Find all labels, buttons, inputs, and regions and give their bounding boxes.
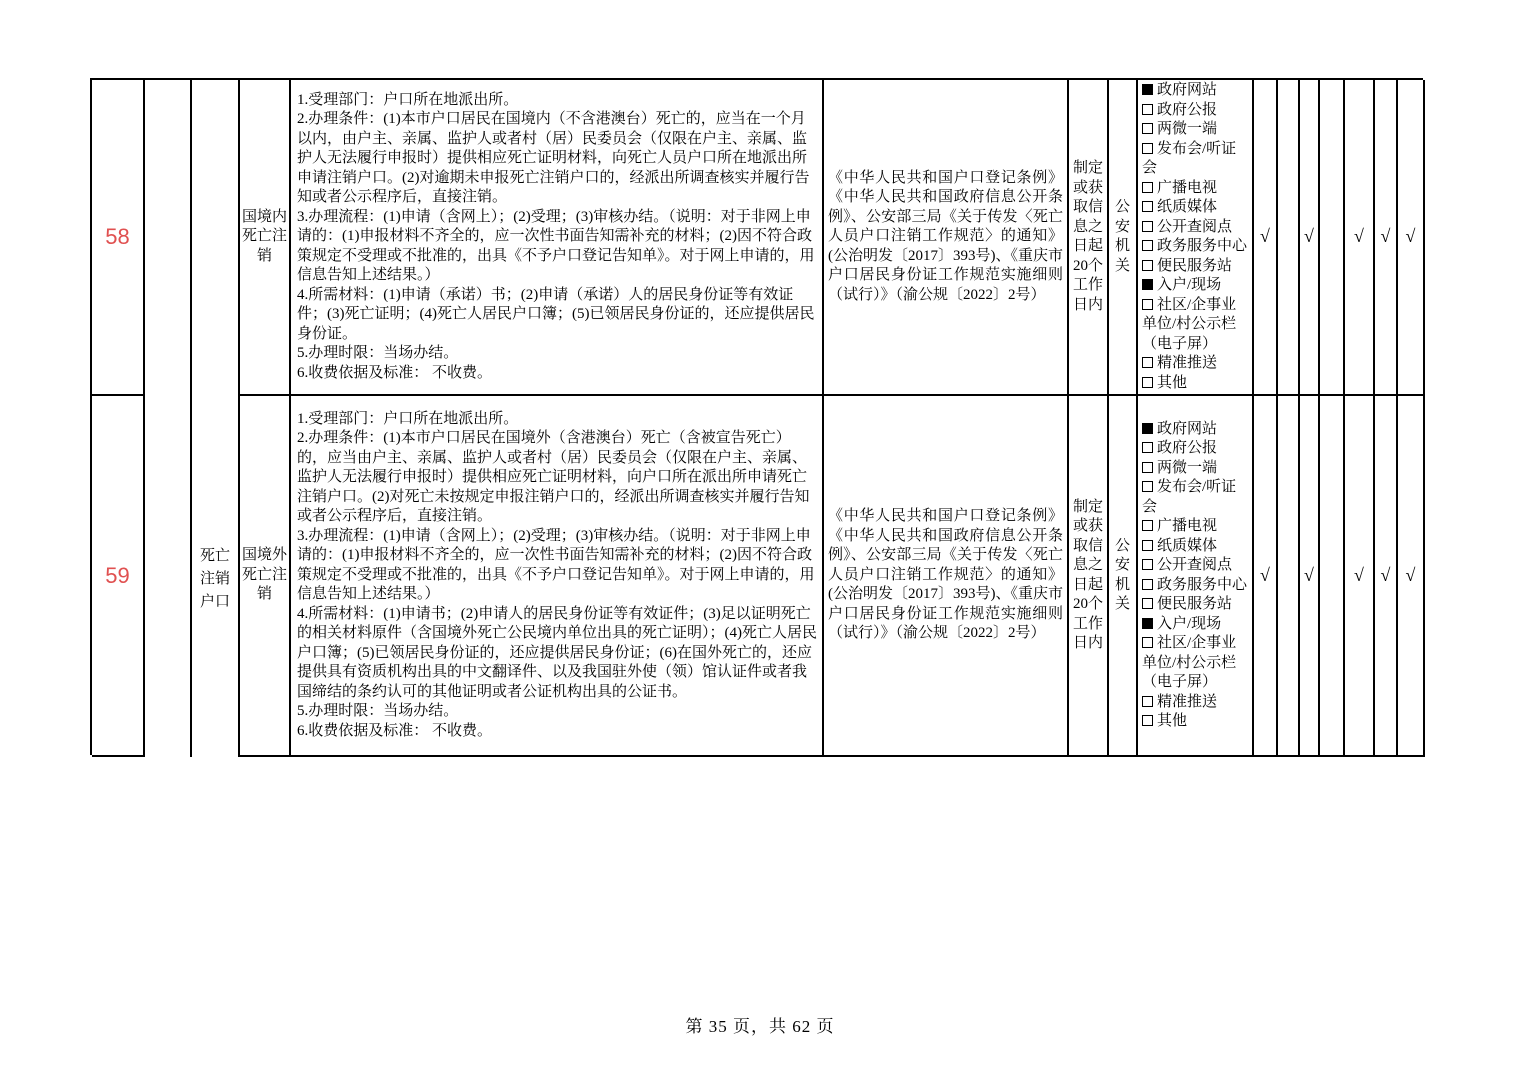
checkbox-unchecked-icon [1142,123,1153,134]
check-cell: √ [1375,80,1398,396]
publicity-channel-item: 公开查阅点 [1142,556,1249,576]
check-cell [1320,80,1345,396]
publicity-channel-item: 广播电视 [1142,517,1249,537]
checkbox-unchecked-icon [1142,104,1153,115]
checkbox-unchecked-icon [1142,240,1153,251]
check-cell [1278,80,1300,396]
procedure-content-cell: 1.受理部门：户口所在地派出所。 2.办理条件：(1)本市户口居民在国境内（不含… [291,80,824,396]
document-page: 58 死亡 注销 户口 国境内 死亡注 销 1.受理部门：户口所在地派出所。 2… [0,0,1520,1074]
check-cell: √ [1398,396,1425,757]
checkbox-unchecked-icon [1142,357,1153,368]
check-cell: √ [1300,80,1320,396]
legal-basis: 《中华人民共和国户口登记条例》《中华人民共和国政府信息公开条例》、公安部三局《关… [824,505,1067,646]
publicity-channel-item: 政府网站 [1142,420,1249,440]
legal-basis-cell: 《中华人民共和国户口登记条例》《中华人民共和国政府信息公开条例》、公安部三局《关… [824,80,1069,396]
checkbox-checked-icon [1142,84,1153,95]
checkbox-unchecked-icon [1142,182,1153,193]
publicity-channel-item: 精准推送 [1142,693,1249,713]
check-cell [1278,396,1300,757]
publicity-channel-item: 政务服务中心 [1142,237,1249,257]
procedure-content-cell: 1.受理部门：户口所在地派出所。 2.办理条件：(1)本市户口居民在国境外（含港… [291,396,824,757]
check-cell: √ [1375,396,1398,757]
checkbox-unchecked-icon [1142,579,1153,590]
checkbox-unchecked-icon [1142,201,1153,212]
check-cell: √ [1254,396,1278,757]
publish-timeframe-cell: 制定 或获 取信 息之 日起 20个 工作 日内 [1069,80,1109,396]
row-number: 59 [92,396,145,757]
checkbox-unchecked-icon [1142,520,1153,531]
checkbox-unchecked-icon [1142,637,1153,648]
publicity-channel-item: 便民服务站 [1142,257,1249,277]
subcategory-cell: 国境内 死亡注 销 [240,80,291,396]
publicity-channel-item: 社区/企事业单位/村公示栏（电子屏） [1142,296,1249,355]
procedure-content: 1.受理部门：户口所在地派出所。 2.办理条件：(1)本市户口居民在国境外（含港… [291,408,822,744]
checkbox-checked-icon [1142,279,1153,290]
row-number: 58 [92,80,145,396]
publicity-channel-item: 便民服务站 [1142,595,1249,615]
agency-cell: 公 安 机 关 [1109,80,1138,396]
legal-basis: 《中华人民共和国户口登记条例》《中华人民共和国政府信息公开条例》、公安部三局《关… [824,167,1067,308]
publicity-channel-item: 政务服务中心 [1142,576,1249,596]
checkbox-unchecked-icon [1142,598,1153,609]
checkbox-unchecked-icon [1142,377,1153,388]
publicity-channel-item: 政府网站 [1142,81,1249,101]
agency-cell: 公 安 机 关 [1109,396,1138,757]
publicity-channel-item: 其他 [1142,374,1249,394]
publicity-channel-item: 政府公报 [1142,101,1249,121]
checkbox-unchecked-icon [1142,442,1153,453]
check-cell: √ [1254,80,1278,396]
section-column-cell [145,80,192,757]
check-cell: √ [1345,80,1375,396]
subcategory-cell: 国境外 死亡注 销 [240,396,291,757]
checkbox-unchecked-icon [1142,559,1153,570]
publicity-channel-item: 广播电视 [1142,179,1249,199]
disclosure-table: 58 死亡 注销 户口 国境内 死亡注 销 1.受理部门：户口所在地派出所。 2… [90,78,1423,755]
checkbox-checked-icon [1142,618,1153,629]
legal-basis-cell: 《中华人民共和国户口登记条例》《中华人民共和国政府信息公开条例》、公安部三局《关… [824,396,1069,757]
page-footer: 第 35 页，共 62 页 [0,1012,1520,1037]
checkbox-unchecked-icon [1142,260,1153,271]
publicity-channel-item: 发布会/听证会 [1142,140,1249,179]
category-label: 死亡 注销 户口 [192,545,238,614]
checkbox-checked-icon [1142,423,1153,434]
publish-timeframe-cell: 制定 或获 取信 息之 日起 20个 工作 日内 [1069,396,1109,757]
checkbox-unchecked-icon [1142,481,1153,492]
checkbox-unchecked-icon [1142,540,1153,551]
check-cell: √ [1300,396,1320,757]
checkbox-unchecked-icon [1142,696,1153,707]
checkbox-unchecked-icon [1142,221,1153,232]
publicity-channel-item: 发布会/听证会 [1142,478,1249,517]
publicity-channel-item: 纸质媒体 [1142,537,1249,557]
publicity-channel-item: 入户/现场 [1142,276,1249,296]
publicity-channels-list: 政府网站政府公报两微一端发布会/听证会广播电视纸质媒体公开查阅点政务服务中心便民… [1138,396,1254,757]
publicity-channel-item: 两微一端 [1142,459,1249,479]
publicity-channel-item: 纸质媒体 [1142,198,1249,218]
checkbox-unchecked-icon [1142,299,1153,310]
check-cell [1320,396,1345,757]
publicity-channel-item: 两微一端 [1142,120,1249,140]
publicity-channels-list: 政府网站政府公报两微一端发布会/听证会广播电视纸质媒体公开查阅点政务服务中心便民… [1138,80,1254,396]
check-cell: √ [1398,80,1425,396]
publicity-channel-item: 政府公报 [1142,439,1249,459]
checkbox-unchecked-icon [1142,462,1153,473]
publicity-channel-item: 精准推送 [1142,354,1249,374]
checkbox-unchecked-icon [1142,715,1153,726]
publicity-channel-item: 社区/企事业单位/村公示栏（电子屏） [1142,634,1249,693]
procedure-content: 1.受理部门：户口所在地派出所。 2.办理条件：(1)本市户口居民在国境内（不含… [291,89,822,386]
check-cell: √ [1345,396,1375,757]
checkbox-unchecked-icon [1142,143,1153,154]
publicity-channel-item: 公开查阅点 [1142,218,1249,238]
publicity-channel-item: 入户/现场 [1142,615,1249,635]
publicity-channel-item: 其他 [1142,712,1249,732]
category-cell: 死亡 注销 户口 [192,80,240,757]
